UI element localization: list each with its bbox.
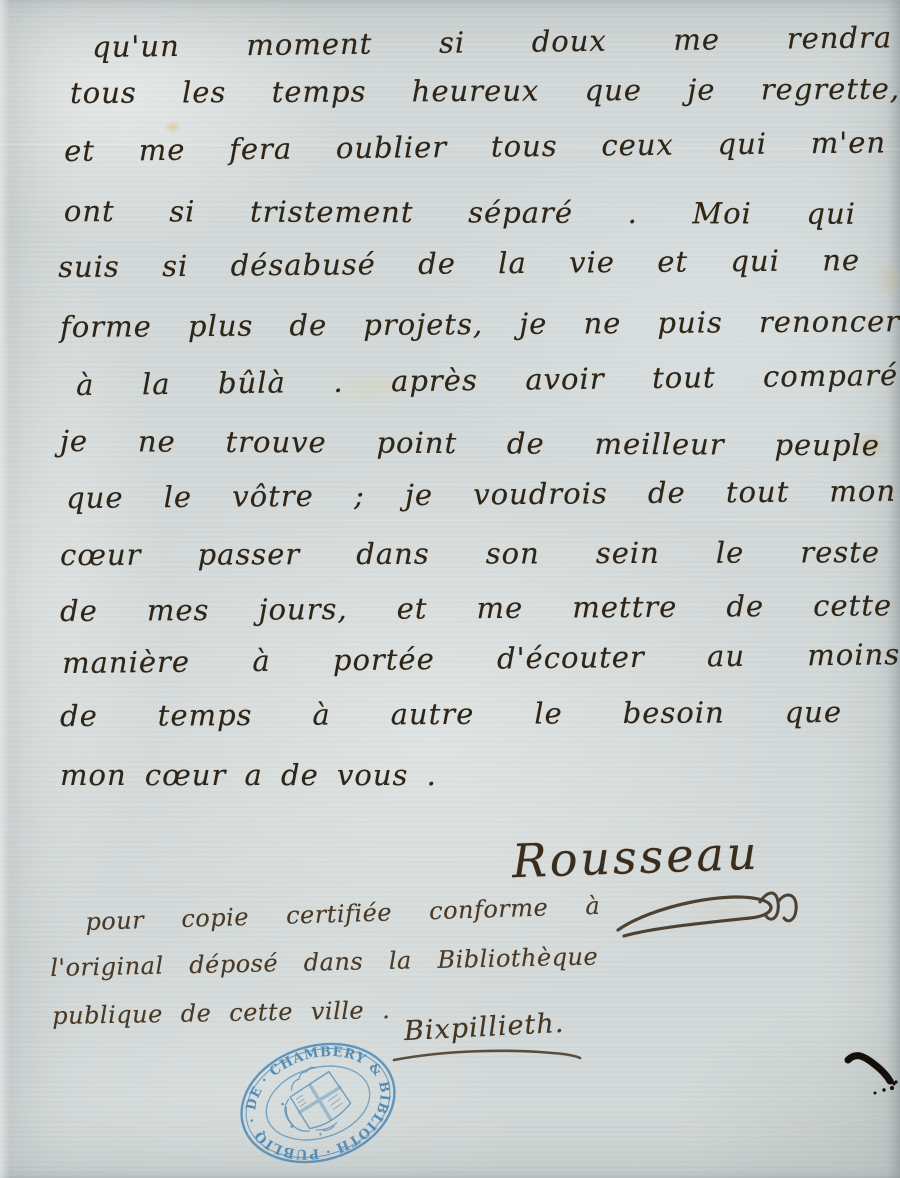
ink-blot — [842, 1038, 900, 1100]
librarian-signature-flourish — [390, 1046, 586, 1066]
certification-line: pour copie certifiée conforme à — [85, 892, 601, 936]
certification-line: l'original déposé dans la Bibliothèque — [50, 943, 598, 982]
certification-line: publique de cette ville . — [52, 996, 390, 1030]
letter-line: tous les temps heureux que je regrette, — [70, 74, 900, 110]
paper-crease — [0, 518, 900, 524]
letter-line: de temps à autre le besoin que — [60, 697, 842, 733]
letter-line: suis si désabusé de la vie et qui ne — [58, 245, 860, 284]
manuscript-page: qu'un moment si doux me rendra tous les … — [0, 0, 900, 1178]
librarian-signature: Bixpillieth. — [403, 1008, 565, 1047]
letter-line: je ne trouve point de meilleur peuple — [60, 426, 880, 462]
paper-edge — [0, 0, 10, 1178]
letter-line: et me fera oublier tous ceux qui m'en — [64, 127, 886, 167]
letter-line: que le vôtre ; je voudrois de tout mon — [66, 476, 896, 515]
author-signature: Rousseau — [511, 826, 760, 889]
letter-line: manière à portée d'écouter au moins — [62, 639, 900, 680]
letter-line: forme plus de projets, je ne puis renonc… — [60, 306, 900, 344]
letter-line: ont si tristement séparé . Moi qui — [64, 196, 856, 231]
letter-line: à la bûlà . après avoir tout comparé — [76, 360, 898, 402]
paper-crease — [691, 1109, 900, 1149]
library-stamp: · DE · CHAMBERY & BIBLIOTH · PUBLIQ — [224, 1028, 412, 1178]
letter-line: mon cœur a de vous . — [60, 760, 460, 792]
letter-line: qu'un moment si doux me rendra — [92, 22, 892, 64]
stamp-text: · DE · CHAMBERY & BIBLIOTH · PUBLIQ — [229, 1028, 408, 1178]
letter-line: cœur passer dans son sein le reste — [60, 537, 880, 572]
letter-line: de mes jours, et me mettre de cette — [60, 590, 892, 628]
signature-flourish — [612, 884, 812, 946]
